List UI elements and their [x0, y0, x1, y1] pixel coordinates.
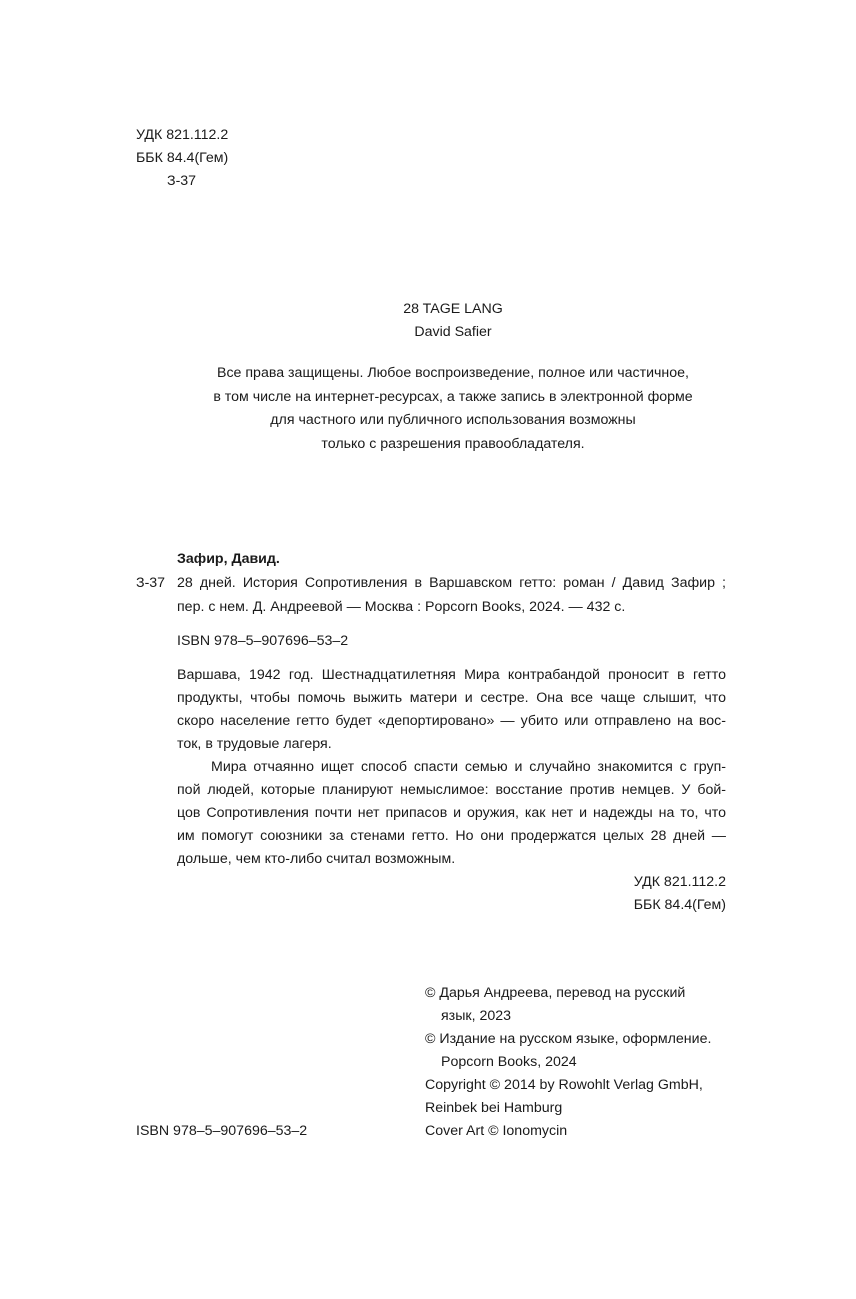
catalog-description: 28 дней. История Сопротивления в Варшавс…: [177, 572, 726, 619]
rights-notice: Все права защищены. Любое воспроизведени…: [0, 362, 856, 456]
annotation-line: пой людей, которые планируют немыслимое:…: [177, 779, 726, 802]
edition-copyright: © Издание на русском языке, оформление.: [425, 1028, 711, 1051]
annotation-line: Мира отчаянно ищет способ спасти семью и…: [177, 756, 726, 779]
annotation-line: скоро население гетто будет «депортирова…: [177, 710, 726, 733]
original-author: David Safier: [0, 321, 856, 344]
catalog-isbn: ISBN 978–5–907696–53–2: [177, 630, 348, 653]
author-mark-top: З-37: [167, 170, 196, 193]
annotation: Варшава, 1942 год. Шестнадцатилетняя Мир…: [177, 664, 726, 871]
catalog-description-line: 28 дней. История Сопротивления в Варшавс…: [177, 572, 726, 596]
annotation-line: ток, в трудовые лагеря.: [177, 733, 726, 756]
rights-notice-line: только с разрешения правообладателя.: [0, 433, 856, 457]
annotation-line: им помогут союзники за стенами гетто. Но…: [177, 825, 726, 848]
catalog-author-heading: Зафир, Давид.: [177, 548, 280, 571]
annotation-line: Варшава, 1942 год. Шестнадцатилетняя Мир…: [177, 664, 726, 687]
rights-notice-line: в том числе на интернет-ресурсах, а такж…: [0, 386, 856, 410]
original-copyright: Copyright © 2014 by Rowohlt Verlag GmbH,: [425, 1074, 711, 1097]
cover-art-credit: Cover Art © Ionomycin: [425, 1120, 711, 1143]
annotation-line: продукты, чтобы помочь выжить матери и с…: [177, 687, 726, 710]
catalog-description-line: пер. с нем. Д. Андреевой — Москва : Popc…: [177, 596, 726, 620]
bbk-code-bottom: ББК 84.4(Гем): [634, 894, 726, 917]
original-title: 28 TAGE LANG: [0, 298, 856, 321]
bbk-code-top: ББК 84.4(Гем): [136, 147, 228, 170]
translation-copyright: © Дарья Андреева, перевод на русский: [425, 982, 711, 1005]
edition-copyright-cont: Popcorn Books, 2024: [425, 1051, 711, 1074]
udk-code-top: УДК 821.112.2: [136, 124, 228, 147]
translation-copyright-cont: язык, 2023: [425, 1005, 711, 1028]
udk-code-bottom: УДК 821.112.2: [634, 871, 726, 894]
rights-notice-line: для частного или публичного использовани…: [0, 409, 856, 433]
isbn-bottom: ISBN 978–5–907696–53–2: [136, 1120, 307, 1143]
copyright-block: © Дарья Андреева, перевод на русский язы…: [425, 982, 711, 1143]
rights-notice-line: Все права защищены. Любое воспроизведени…: [0, 362, 856, 386]
catalog-author-mark: З-37: [136, 572, 165, 595]
annotation-line: дольше, чем кто-либо считал возможным.: [177, 848, 726, 871]
annotation-line: цов Сопротивления почти нет припасов и о…: [177, 802, 726, 825]
original-copyright-cont: Reinbek bei Hamburg: [425, 1097, 711, 1120]
